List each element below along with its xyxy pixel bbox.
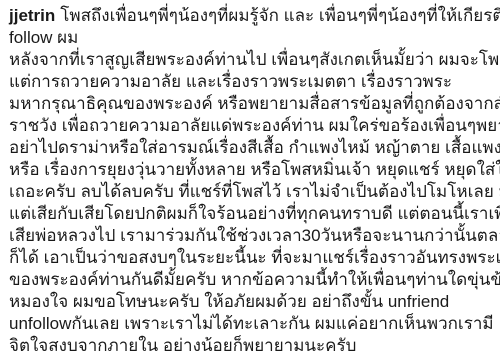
caption-text: โพสถึงเพื่อนๆพี่ๆน้องๆที่ผมรู้จัก และ เพ…: [60, 6, 500, 25]
caption-line: ก็ได้ เอาเป็นว่าขอสงบๆในระยะนี้นะ ที่จะม…: [9, 247, 496, 269]
username-link[interactable]: jjetrin: [9, 6, 55, 25]
caption-line: อย่าไปดราม่าหรือใส่อารมณ์เรื่องสีเสื้อ ก…: [9, 137, 496, 159]
caption-line: หลังจากที่เราสูญเสียพระองค์ท่านไป เพื่อน…: [9, 49, 496, 71]
caption-line: เถอะครับ ลบได้ลบครับ ที่แชร์ที่โพสไว้ เร…: [9, 181, 496, 203]
caption-line: unfollowกันเลย เพราะเราไม่ได้ทะเลาะกัน ผ…: [9, 313, 496, 335]
caption-line: ของพระองค์ท่านกันดีมั้ยครับ หากข้อความนี…: [9, 269, 496, 291]
caption-line: follow ผม: [9, 27, 496, 49]
caption-line: หมองใจ ผมขอโทษนะครับ ให้อภัยผมด้วย อย่าถ…: [9, 291, 496, 313]
caption-line: แต่เสียกับเสียโดยปกติผมก็ใจร้อนอย่างที่ท…: [9, 203, 496, 225]
caption-line: แต่การถวายความอาลัย และเรื่องราวพระเมตตา…: [9, 71, 496, 93]
caption-line: jjetrinโพสถึงเพื่อนๆพี่ๆน้องๆที่ผมรู้จัก…: [9, 5, 496, 27]
caption-line: เสียพ่อหลวงไป เรามาร่วมกันใช้ช่วงเวลา30ว…: [9, 225, 496, 247]
post-caption: jjetrinโพสถึงเพื่อนๆพี่ๆน้องๆที่ผมรู้จัก…: [0, 0, 500, 363]
caption-line: มหากรุณาธิคุณของพระองค์ หรือพยายามสื่อสา…: [9, 93, 496, 115]
caption-line: ราชวัง เพื่อถวายความอาลัยแด่พระองค์ท่าน …: [9, 115, 496, 137]
caption-line: หรือ เรื่องการยุยงวุ่นวายทั้งหลาย หรือโพ…: [9, 159, 496, 181]
caption-line: จิตใจสงบจากภายใน อย่างน้อยก็พยายามนะครับ: [9, 335, 496, 357]
